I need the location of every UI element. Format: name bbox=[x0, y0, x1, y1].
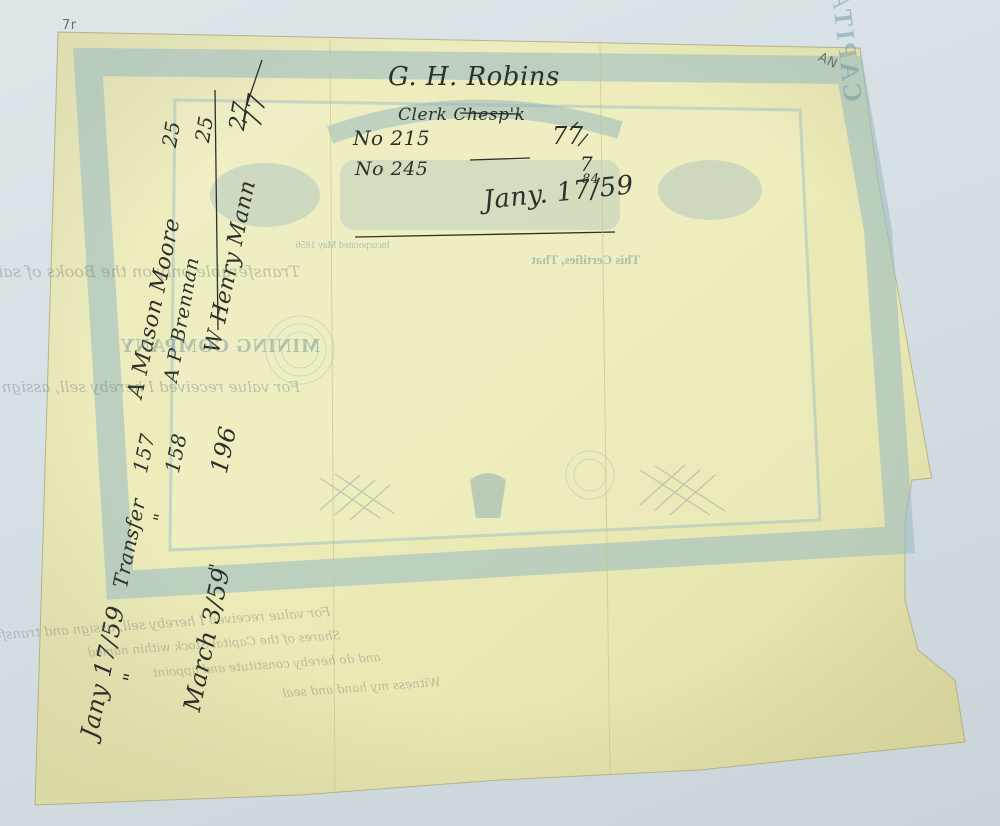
corner-mark-top-left: 7r bbox=[62, 18, 77, 33]
ledger-row-2-shares: 25 bbox=[190, 114, 218, 144]
certifies-ghost: This Certifies, That bbox=[532, 252, 640, 268]
note-line2-label: No 245 bbox=[355, 158, 428, 180]
note-line1-value: 77 bbox=[552, 122, 584, 150]
note-line1-label: No 215 bbox=[353, 126, 430, 150]
cursive-ghost-1: Transferable only on the Books of said C… bbox=[0, 262, 300, 281]
company-name-ghost: MINING COMPANY bbox=[119, 335, 320, 358]
cursive-ghost-2: For value received I hereby sell, assign… bbox=[0, 378, 300, 396]
signature: G. H. Robins bbox=[388, 62, 560, 92]
incorporated-ghost: Incorporated May 1856 bbox=[296, 240, 390, 251]
photo-scene: 7r AN G. H. Robins Clerk Chesp'k No 215 … bbox=[0, 0, 1000, 826]
ledger-total: 77 bbox=[238, 91, 273, 130]
clerk-title: Clerk Chesp'k bbox=[398, 105, 525, 125]
ledger-row-1-shares: 25 bbox=[157, 119, 185, 149]
